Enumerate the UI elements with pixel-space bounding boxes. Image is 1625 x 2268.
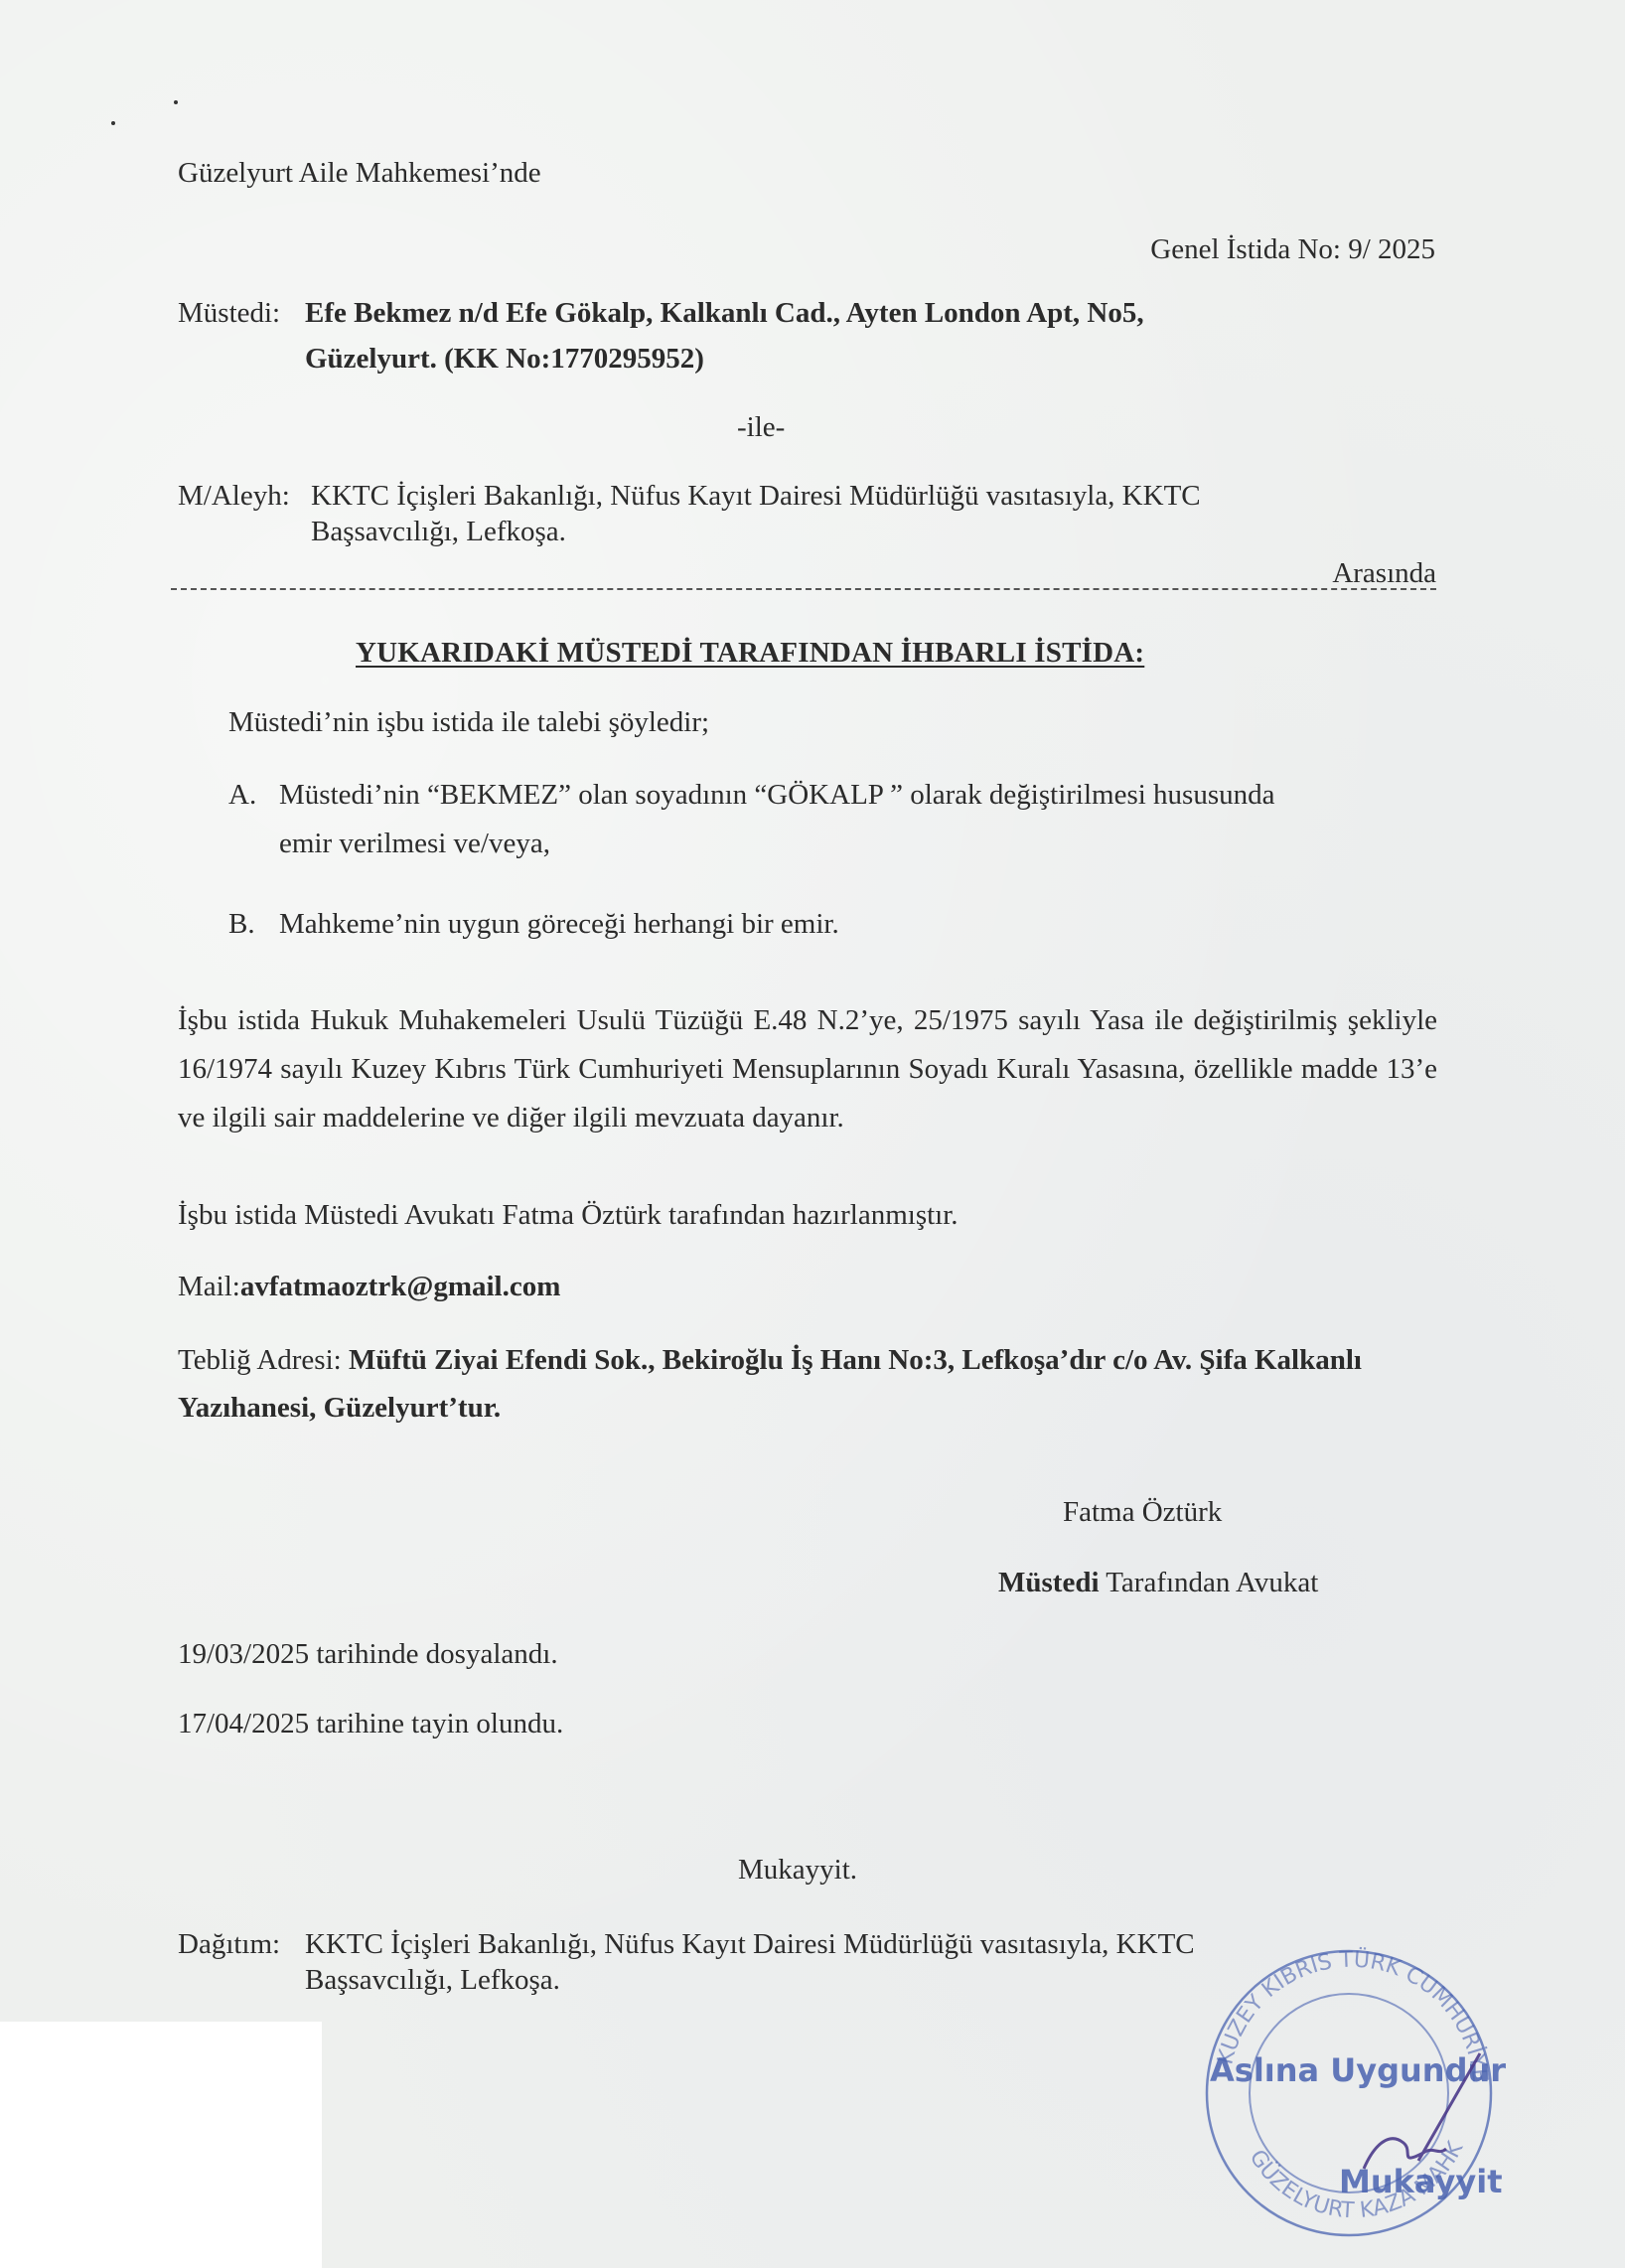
signatory-role-title: Tarafından Avukat [1106,1567,1318,1598]
mail-line: Mail:avfatmaoztrk@gmail.com [178,1270,560,1304]
mail-label: Mail: [178,1271,240,1302]
signatory-name: Fatma Öztürk [1063,1495,1222,1530]
request-b-text: Mahkeme’nin uygun göreceği herhangi bir … [279,907,839,942]
filed-date: 19/03/2025 tarihinde dosyalandı. [178,1637,558,1672]
svg-text:Mukayyit: Mukayyit [1339,2163,1503,2200]
intro-text: Müstedi’nin işbu istida ile talebi şöyle… [228,705,709,740]
connector: -ile- [737,410,785,445]
defendant-details: KKTC İçişleri Bakanlığı, Nüfus Kayıt Dai… [311,479,1201,514]
registrar-label: Mukayyit. [738,1853,857,1888]
request-b-marker: B. [228,907,255,942]
plaintiff-label: Müstedi: [178,296,280,331]
plaintiff-details-cont: Güzelyurt. (KK No:1770295952) [305,342,704,377]
plaintiff-details: Efe Bekmez n/d Efe Gökalp, Kalkanlı Cad.… [305,296,1144,331]
request-a-text: Müstedi’nin “BEKMEZ” olan soyadının “GÖK… [279,778,1274,813]
notice-address-value: Müftü Ziyai Efendi Sok., Bekiroğlu İş Ha… [178,1344,1362,1424]
defendant-label: M/Aleyh: [178,479,290,514]
petition-title: YUKARIDAKİ MÜSTEDİ TARAFINDAN İHBARLI İS… [356,637,1144,670]
hearing-date: 17/04/2025 tarihine tayin olundu. [178,1707,563,1741]
between-label: Arasında [1332,556,1436,591]
legal-basis-paragraph: İşbu istida Hukuk Muhakemeleri Usulü Tüz… [178,996,1437,1142]
notice-address: Tebliğ Adresi: Müftü Ziyai Efendi Sok., … [178,1336,1437,1432]
request-a-text-cont: emir verilmesi ve/veya, [279,827,550,861]
section-divider [171,588,1436,590]
defendant-details-cont: Başsavcılığı, Lefkoşa. [311,515,566,549]
distribution-details: KKTC İçişleri Bakanlığı, Nüfus Kayıt Dai… [305,1927,1195,1962]
court-header: Güzelyurt Aile Mahkemesi’nde [178,156,541,191]
distribution-label: Dağıtım: [178,1927,280,1962]
scan-blank-area [0,2022,322,2268]
notice-address-label: Tebliğ Adresi: [178,1344,342,1376]
seal-icon: KUZEY KIBRIS TÜRK CUMHURİYETİ GÜZELYURT … [1190,1932,1508,2250]
distribution-details-cont: Başsavcılığı, Lefkoşa. [305,1963,560,1998]
mail-address[interactable]: avfatmaoztrk@gmail.com [240,1271,561,1302]
signatory-role: Müstedi Tarafından Avukat [998,1566,1318,1600]
prepared-by: İşbu istida Müstedi Avukatı Fatma Öztürk… [178,1198,959,1233]
court-seal-stamp: KUZEY KIBRIS TÜRK CUMHURİYETİ GÜZELYURT … [1190,1932,1508,2250]
signatory-role-party: Müstedi [998,1567,1100,1598]
request-a-marker: A. [228,778,256,813]
scan-speck [174,100,178,104]
scan-speck [111,121,115,125]
case-number: Genel İstida No: 9/ 2025 [1150,232,1435,267]
